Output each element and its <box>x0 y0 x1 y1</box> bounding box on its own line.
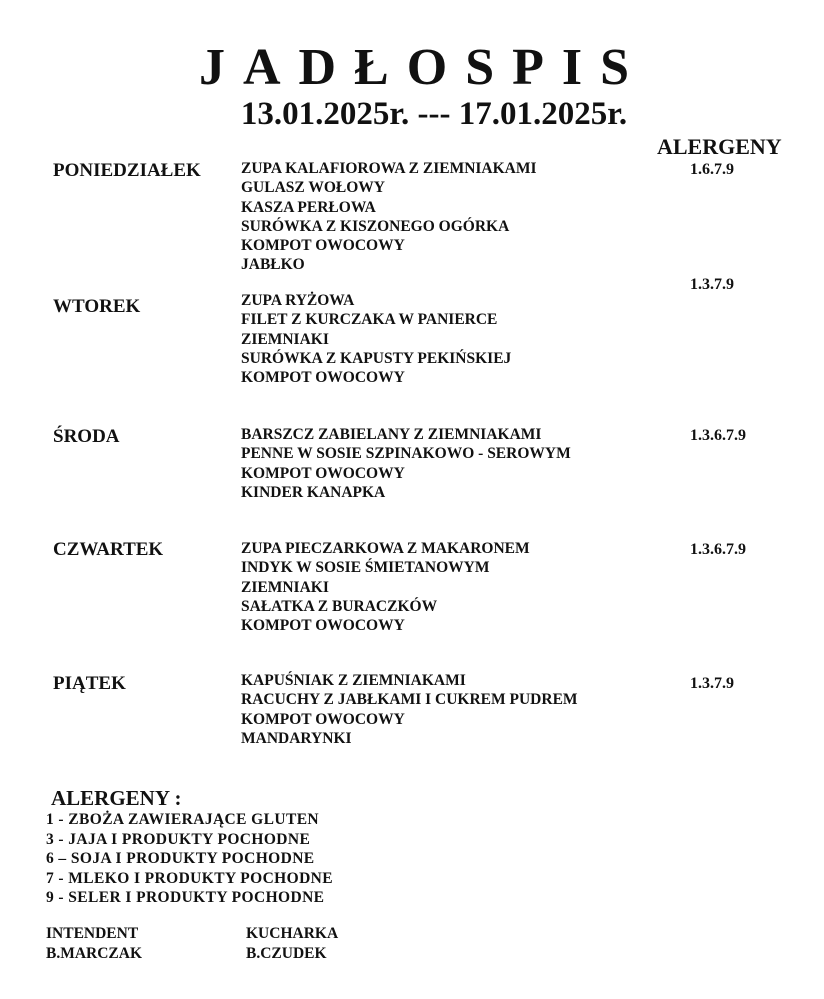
dish-list: ZUPA PIECZARKOWA Z MAKARONEM INDYK W SOS… <box>241 539 530 635</box>
dish-list: KAPUŚNIAK Z ZIEMNIAKAMI RACUCHY Z JABŁKA… <box>241 671 578 748</box>
day-name: CZWARTEK <box>53 539 163 561</box>
allergen-legend: 1 - ZBOŻA ZAWIERAJĄCE GLUTEN 3 - JAJA I … <box>46 810 333 908</box>
dish-item: MANDARYNKI <box>241 729 578 748</box>
signature-role: INTENDENT <box>46 924 142 944</box>
signature-role: KUCHARKA <box>246 924 338 944</box>
allergen-codes: 1.3.7.9 <box>690 275 734 295</box>
dish-item: FILET Z KURCZAKA W PANIERCE <box>241 310 511 329</box>
dish-item: KOMPOT OWOCOWY <box>241 616 530 635</box>
day-name: WTOREK <box>53 296 140 318</box>
dish-item: ZIEMNIAKI <box>241 330 511 349</box>
dish-item: KOMPOT OWOCOWY <box>241 368 511 387</box>
signature-cook: KUCHARKA B.CZUDEK <box>246 924 338 963</box>
menu-title: JADŁOSPIS <box>0 38 824 98</box>
legend-item: 6 – SOJA I PRODUKTY POCHODNE <box>46 849 333 869</box>
dish-item: INDYK W SOSIE ŚMIETANOWYM <box>241 558 530 577</box>
dish-item: JABŁKO <box>241 255 537 274</box>
dish-item: KINDER KANAPKA <box>241 483 571 502</box>
legend-item: 7 - MLEKO I PRODUKTY POCHODNE <box>46 869 333 889</box>
day-name: ŚRODA <box>53 426 120 448</box>
allergen-codes: 1.3.6.7.9 <box>690 426 746 446</box>
legend-item: 1 - ZBOŻA ZAWIERAJĄCE GLUTEN <box>46 810 333 830</box>
dish-item: KAPUŚNIAK Z ZIEMNIAKAMI <box>241 671 578 690</box>
day-name: PONIEDZIAŁEK <box>53 160 201 182</box>
dish-item: SURÓWKA Z KAPUSTY PEKIŃSKIEJ <box>241 349 511 368</box>
dish-item: BARSZCZ ZABIELANY Z ZIEMNIAKAMI <box>241 425 571 444</box>
legend-item: 9 - SELER I PRODUKTY POCHODNE <box>46 888 333 908</box>
allergen-codes: 1.6.7.9 <box>690 160 734 180</box>
legend-item: 3 - JAJA I PRODUKTY POCHODNE <box>46 830 333 850</box>
allergens-column-header: ALERGENY <box>657 134 782 160</box>
day-name: PIĄTEK <box>53 673 126 695</box>
allergen-codes: 1.3.6.7.9 <box>690 540 746 560</box>
signature-name: B.MARCZAK <box>46 944 142 964</box>
signature-name: B.CZUDEK <box>246 944 338 964</box>
signature-intendent: INTENDENT B.MARCZAK <box>46 924 142 963</box>
dish-list: ZUPA KALAFIOROWA Z ZIEMNIAKAMI GULASZ WO… <box>241 159 537 275</box>
allergen-legend-title-text: ALERGENY : <box>51 786 181 810</box>
allergen-legend-title: ALERGENY : <box>51 786 181 811</box>
dish-list: ZUPA RYŻOWA FILET Z KURCZAKA W PANIERCE … <box>241 291 511 387</box>
dish-list: BARSZCZ ZABIELANY Z ZIEMNIAKAMI PENNE W … <box>241 425 571 502</box>
allergen-codes: 1.3.7.9 <box>690 674 734 694</box>
dish-item: ZUPA KALAFIOROWA Z ZIEMNIAKAMI <box>241 159 537 178</box>
dish-item: KOMPOT OWOCOWY <box>241 464 571 483</box>
date-range: 13.01.2025r. --- 17.01.2025r. <box>0 94 824 134</box>
dish-item: SURÓWKA Z KISZONEGO OGÓRKA <box>241 217 537 236</box>
dish-item: GULASZ WOŁOWY <box>241 178 537 197</box>
dish-item: SAŁATKA Z BURACZKÓW <box>241 597 530 616</box>
dish-item: ZUPA PIECZARKOWA Z MAKARONEM <box>241 539 530 558</box>
dish-item: KASZA PERŁOWA <box>241 198 537 217</box>
dish-item: KOMPOT OWOCOWY <box>241 236 537 255</box>
dish-item: ZUPA RYŻOWA <box>241 291 511 310</box>
dish-item: ZIEMNIAKI <box>241 578 530 597</box>
dish-item: KOMPOT OWOCOWY <box>241 710 578 729</box>
dish-item: RACUCHY Z JABŁKAMI I CUKREM PUDREM <box>241 690 578 709</box>
dish-item: PENNE W SOSIE SZPINAKOWO - SEROWYM <box>241 444 571 463</box>
